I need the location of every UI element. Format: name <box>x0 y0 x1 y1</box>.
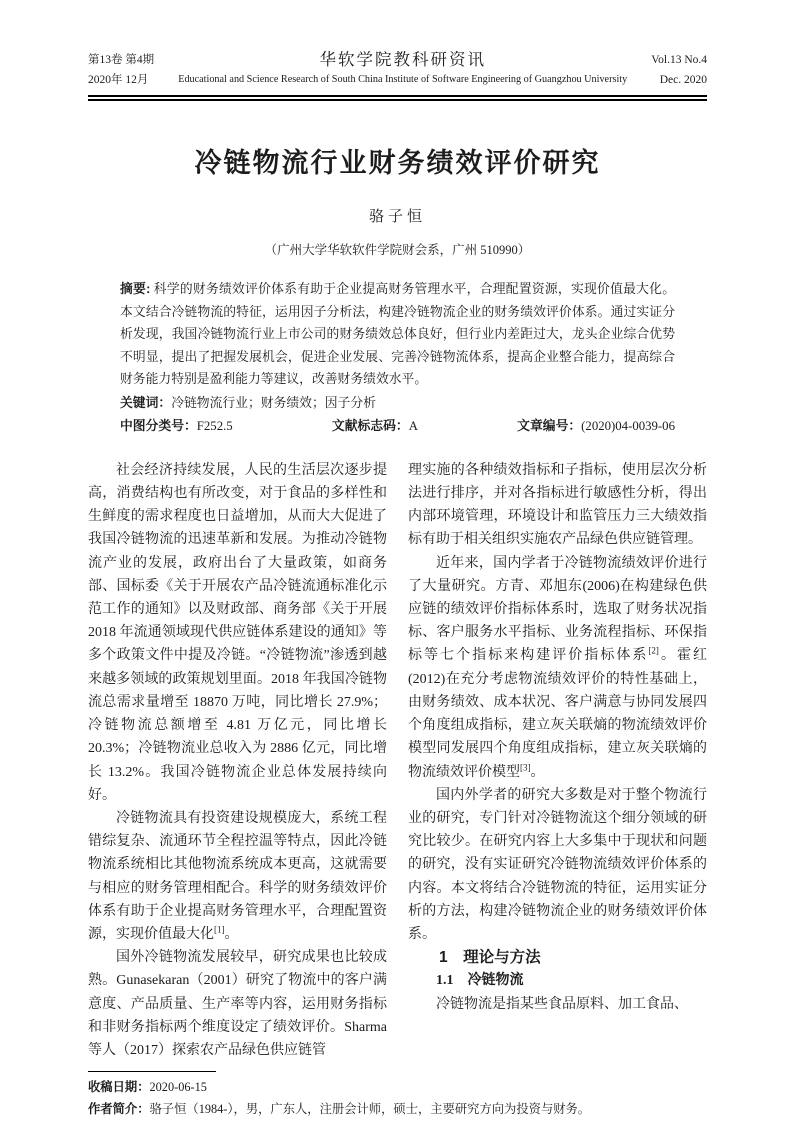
clc-item: 中图分类号：F252.5 <box>120 415 233 438</box>
header-double-rule <box>88 95 707 101</box>
footnote-rule <box>88 1071 216 1072</box>
doc-code-item: 文献标志码：A <box>332 415 418 438</box>
paragraph: 国内外学者的研究大多数是对于整个物流行业的研究，专门针对冷链物流这个细分领域的研… <box>408 784 707 946</box>
body-columns: 社会经济持续发展，人民的生活层次逐步提高，消费结构也有所改变，对于食品的多样性和… <box>88 459 707 1062</box>
doc-code-label: 文献标志码： <box>332 418 409 433</box>
bio-label: 作者简介： <box>88 1102 150 1116</box>
paragraph: 冷链物流具有投资建设规模庞大，系统工程错综复杂、流通环节全程控温等特点，因此冷链… <box>88 807 387 946</box>
received-value: 2020-06-15 <box>150 1080 207 1094</box>
article-no-label: 文章编号： <box>517 418 581 433</box>
journal-page: 第13卷 第4期 2020年 12月 华软学院教科研资讯 Educational… <box>0 0 793 1122</box>
section-heading: 1 理论与方法 <box>408 946 707 969</box>
header-left-block: 第13卷 第4期 2020年 12月 <box>88 50 154 90</box>
header-right-block: Vol.13 No.4 Dec. 2020 <box>651 50 707 90</box>
date-en: Dec. 2020 <box>651 70 707 90</box>
received-date-line: 收稿日期：2020-06-15 <box>88 1077 707 1099</box>
abstract-block: 摘要: 科学的财务绩效评价体系有助于企业提高财务管理水平，合理配置资源，实现价值… <box>120 278 675 438</box>
paragraph: 国外冷链物流发展较早，研究成果也比较成熟。Gunasekaran（2001）研究… <box>88 946 387 1062</box>
left-column: 社会经济持续发展，人民的生活层次逐步提高，消费结构也有所改变，对于食品的多样性和… <box>88 459 387 1062</box>
author-bio-line: 作者简介：骆子恒（1984-），男，广东人，注册会计师，硕士，主要研究方向为投资… <box>88 1099 707 1121</box>
article-no-item: 文章编号：(2020)04-0039-06 <box>517 415 675 438</box>
article-title: 冷链物流行业财务绩效评价研究 <box>88 141 707 180</box>
volume-issue-en: Vol.13 No.4 <box>651 50 707 70</box>
keywords-text: 冷链物流行业；财务绩效；因子分析 <box>171 396 376 410</box>
abstract-text: 科学的财务绩效评价体系有助于企业提高财务管理水平，合理配置资源，实现价值最大化。… <box>120 282 675 386</box>
received-label: 收稿日期： <box>88 1080 150 1094</box>
subsection-heading: 1.1 冷链物流 <box>408 969 707 992</box>
paragraph: 理实施的各种绩效指标和子指标，使用层次分析法进行排序，并对各指标进行敏感性分析，… <box>408 459 707 552</box>
right-column: 理实施的各种绩效指标和子指标，使用层次分析法进行排序，并对各指标进行敏感性分析，… <box>408 459 707 1062</box>
abstract-paragraph: 摘要: 科学的财务绩效评价体系有助于企业提高财务管理水平，合理配置资源，实现价值… <box>120 278 675 391</box>
abstract-label: 摘要: <box>120 281 150 296</box>
author-affiliation: （广州大学华软软件学院财会系，广州 510990） <box>88 240 707 258</box>
meta-row: 中图分类号：F252.5 文献标志码：A 文章编号：(2020)04-0039-… <box>120 415 675 438</box>
author-name: 骆子恒 <box>88 205 707 226</box>
bio-value: 骆子恒（1984-），男，广东人，注册会计师，硕士，主要研究方向为投资与财务。 <box>150 1102 591 1116</box>
paragraph: 冷链物流是指某些食品原料、加工食品、 <box>408 993 707 1016</box>
clc-label: 中图分类号： <box>120 418 197 433</box>
journal-title-cn: 华软学院教科研资讯 <box>162 50 643 70</box>
keywords-label: 关键词： <box>120 395 171 410</box>
journal-header: 第13卷 第4期 2020年 12月 华软学院教科研资讯 Educational… <box>88 50 707 90</box>
doc-code-value: A <box>409 419 418 433</box>
journal-title-en: Educational and Science Research of Sout… <box>162 70 643 89</box>
paragraph: 近年来，国内学者于冷链物流绩效评价进行了大量研究。方青、邓旭东(2006)在构建… <box>408 552 707 784</box>
footnote-block: 收稿日期：2020-06-15 作者简介：骆子恒（1984-），男，广东人，注册… <box>88 1071 707 1121</box>
date-cn: 2020年 12月 <box>88 70 154 90</box>
keywords-line: 关键词：冷链物流行业；财务绩效；因子分析 <box>120 392 675 415</box>
header-center-block: 华软学院教科研资讯 Educational and Science Resear… <box>154 50 651 89</box>
volume-issue-cn: 第13卷 第4期 <box>88 50 154 70</box>
clc-value: F252.5 <box>197 419 233 433</box>
paragraph: 社会经济持续发展，人民的生活层次逐步提高，消费结构也有所改变，对于食品的多样性和… <box>88 459 387 807</box>
article-no-value: (2020)04-0039-06 <box>581 419 675 433</box>
